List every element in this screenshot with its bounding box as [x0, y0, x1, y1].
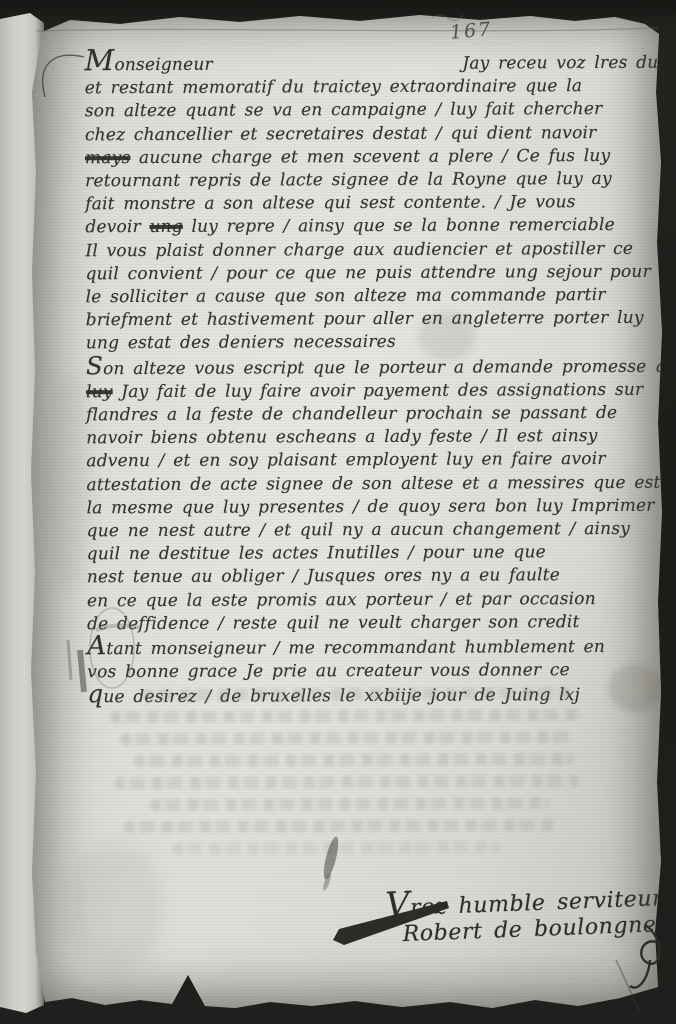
manuscript-page: 167 Monseigneur Jay receu voz lres du xb… [30, 12, 662, 1012]
manuscript-line: quil ne destitue les actes Inutilles / p… [87, 541, 659, 567]
manuscript-line: quil convient / pour ce que ne puis atte… [85, 261, 657, 287]
manuscript-line: de deffidence / reste quil ne veult char… [87, 611, 659, 637]
manuscript-line: fait monstre a son altese qui sest conte… [85, 191, 657, 217]
manuscript-scan-backdrop: 167 Monseigneur Jay receu voz lres du xb… [0, 0, 676, 1024]
ink-show-through-line [172, 841, 502, 855]
folio-number: 167 [449, 18, 493, 44]
manuscript-line: luy Jay fait de luy faire avoir payement… [86, 379, 658, 405]
manuscript-line: advenu / et en soy plaisant employent lu… [86, 448, 658, 474]
manuscript-line: ung estat des deniers necessaires [86, 330, 658, 356]
manuscript-line: nest tenue au obliger / Jusques ores ny … [87, 564, 659, 590]
manuscript-line: que ne nest autre / et quil ny a aucun c… [87, 518, 659, 544]
ink-show-through-line [134, 753, 574, 767]
manuscript-line: navoir biens obtenu escheans a lady fest… [86, 425, 658, 451]
manuscript-line: en ce que la este promis aux porteur / e… [87, 587, 659, 613]
manuscript-line: Atant monseigneur / me recommandant humb… [87, 634, 659, 662]
manuscript-line: le solliciter a cause que son alteze ma … [86, 284, 658, 310]
manuscript-line: retournant repris de lacte signee de la … [85, 168, 657, 194]
manuscript-line: briefment et hastivement pour aller en a… [86, 307, 658, 333]
manuscript-line: devoir ung luy repre / ainsy que se la b… [85, 214, 657, 240]
manuscript-line: la mesme que luy presentes / de quoy ser… [87, 495, 659, 521]
manuscript-line: son alteze quant se va en campaigne / lu… [85, 98, 657, 124]
signature-block: Vrez humble serviteur Robert de boulongn… [385, 879, 676, 947]
manuscript-line: vos bonne grace Je prie au createur vous… [87, 659, 659, 685]
manuscript-line: mays aucune charge et men scevent a pler… [85, 145, 657, 171]
ink-show-through-line [124, 819, 556, 833]
manuscript-line: Monseigneur Jay receu voz lres du xbje e… [85, 47, 657, 78]
signature-dash-flourish [669, 892, 676, 901]
manuscript-line: Il vous plaist donner charge aux audienc… [85, 237, 657, 263]
paper-stain [46, 372, 90, 592]
ink-show-through-line [150, 797, 550, 811]
ink-show-through-line [110, 709, 582, 723]
manuscript-line: attestation de acte signee de son altese… [86, 471, 658, 497]
manuscript-line: Son alteze vous escript que le porteur a… [86, 353, 658, 381]
manuscript-line: flandres a la feste de chandelleur proch… [86, 402, 658, 428]
manuscript-line: chez chancellier et secretaires destat /… [85, 121, 657, 147]
letter-body: Monseigneur Jay receu voz lres du xbje e… [85, 47, 660, 710]
ink-show-through-line [142, 687, 572, 701]
manuscript-line: et restant memoratif du traictey extraor… [85, 75, 657, 101]
ink-show-through-line [114, 775, 579, 789]
ink-show-through-line [120, 731, 575, 745]
ink-show-through [108, 688, 613, 864]
